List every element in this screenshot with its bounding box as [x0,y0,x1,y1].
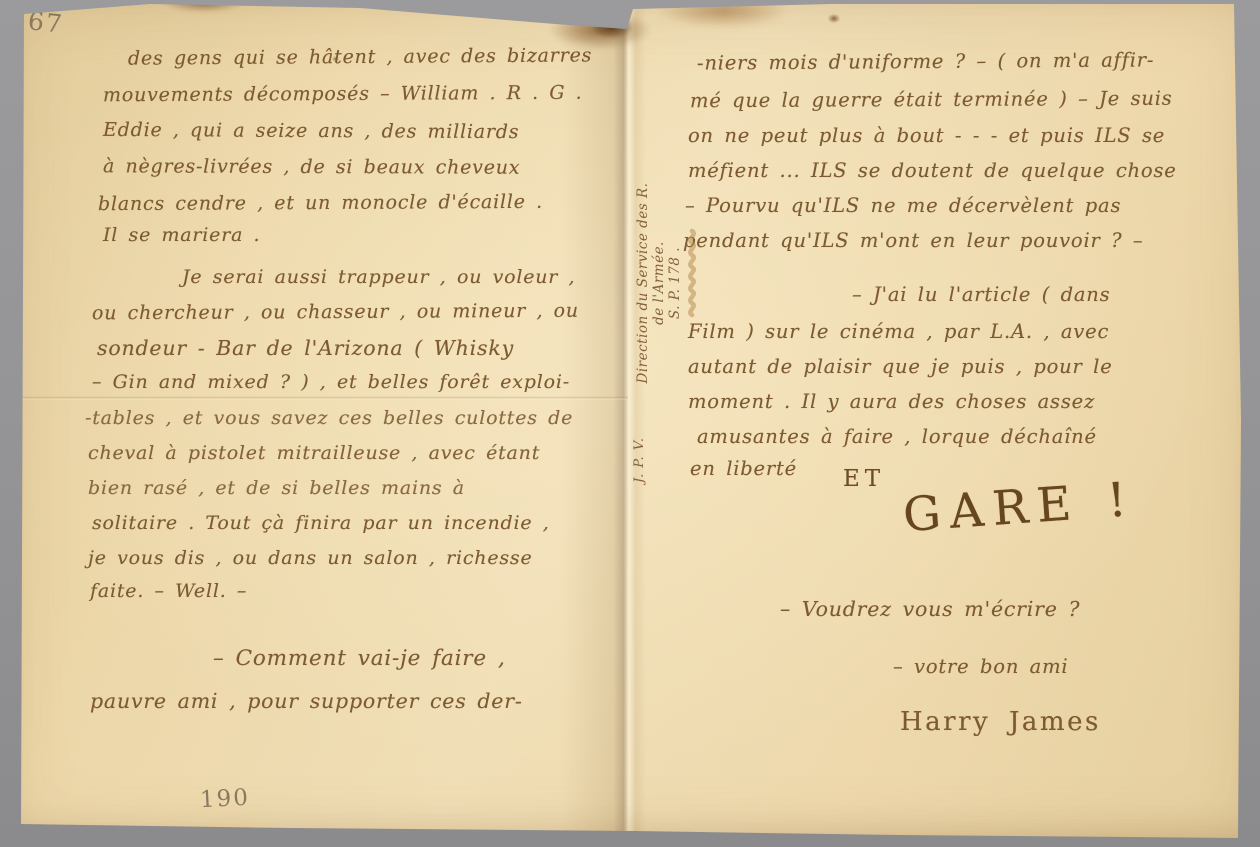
letter-line: Film ) sur le cinéma , par L.A. , avec [688,320,1109,343]
letter-sheet: 67 190 des gens qui se hâtent , avec des… [0,0,1260,847]
letter-line: mé que la guerre était terminée ) – Je s… [690,87,1173,113]
letter-line: bien rasé , et de si belles mains à [88,477,465,499]
stain-mark [828,14,840,23]
letter-line: Eddie , qui a seize ans , des milliards [103,119,519,143]
letter-line: autant de plaisir que je puis , pour le [688,355,1113,378]
letter-line: pauvre ami , pour supporter ces der- [90,689,523,713]
spine-initials: J. P. V. [632,420,648,500]
letter-line: je vous dis , ou dans un salon , richess… [88,547,533,569]
letter-line: Il se mariera . [103,224,260,246]
letter-line: Je serai aussi trappeur , ou voleur , [182,266,575,288]
letter-line: -tables , et vous savez ces belles culot… [85,407,573,429]
spine-inscription: Direction du Service des R. de l'Armée. … [635,123,685,443]
spine-line-3: S. P. 178 . [667,123,683,443]
closing-line: – votre bon ami [893,655,1068,678]
letter-line: moment . Il y aura des choses assez [688,390,1095,413]
letter-line: -niers mois d'uniforme ? – ( on m'a affi… [697,48,1154,74]
letter-line: blancs cendre , et un monocle d'écaille … [98,191,543,215]
closing-question: – Voudrez vous m'écrire ? [780,597,1080,621]
letter-line: on ne peut plus à bout - - - et puis ILS… [688,124,1165,147]
wavy-stamp-mark [684,228,700,318]
letter-line: mouvements décomposés – William . R . G … [103,82,583,107]
letter-line: – J'ai lu l'article ( dans [852,283,1110,306]
letter-line: – Gin and mixed ? ) , et belles forêt ex… [92,371,570,393]
page-number-bottom: 190 [199,785,250,814]
stain-mark [162,0,246,12]
signature-harry-james: Harry James [900,707,1101,737]
stain-mark [658,0,788,28]
spine-line-2: de l'Armée. [651,123,667,443]
et-word: ET [843,466,885,492]
gare-exclamation: GARE ! [901,472,1137,543]
letter-line: méfient ... ILS se doutent de quelque ch… [688,159,1177,182]
horizontal-fold-crease [22,396,628,400]
letter-line: amusantes à faire , lorque déchaîné [697,425,1097,448]
letter-line: solitaire . Tout çà finira par un incend… [92,512,550,534]
photo-background: 67 190 des gens qui se hâtent , avec des… [0,0,1260,847]
letter-line: cheval à pistolet mitrailleuse , avec ét… [88,442,540,464]
letter-line: sondeur - Bar de l'Arizona ( Whisky [97,336,514,360]
folio-number-top-left: 67 [27,6,66,39]
stain-mark [26,0,52,10]
letter-line: des gens qui se hâtent , avec des bizarr… [128,44,592,69]
letter-line: – Pourvu qu'ILS ne me décervèlent pas [685,194,1121,217]
letter-line: ou chercheur , ou chasseur , ou mineur ,… [92,300,579,325]
letter-line: faite. – Well. – [90,580,247,602]
letter-line: à nègres-livrées , de si beaux cheveux [103,155,520,178]
spine-line-1: Direction du Service des R. [635,123,651,443]
letter-line: – Comment vai-je faire , [213,646,506,671]
letter-line: en liberté [690,457,797,480]
letter-line: pendant qu'ILS m'ont en leur pouvoir ? – [683,229,1143,252]
